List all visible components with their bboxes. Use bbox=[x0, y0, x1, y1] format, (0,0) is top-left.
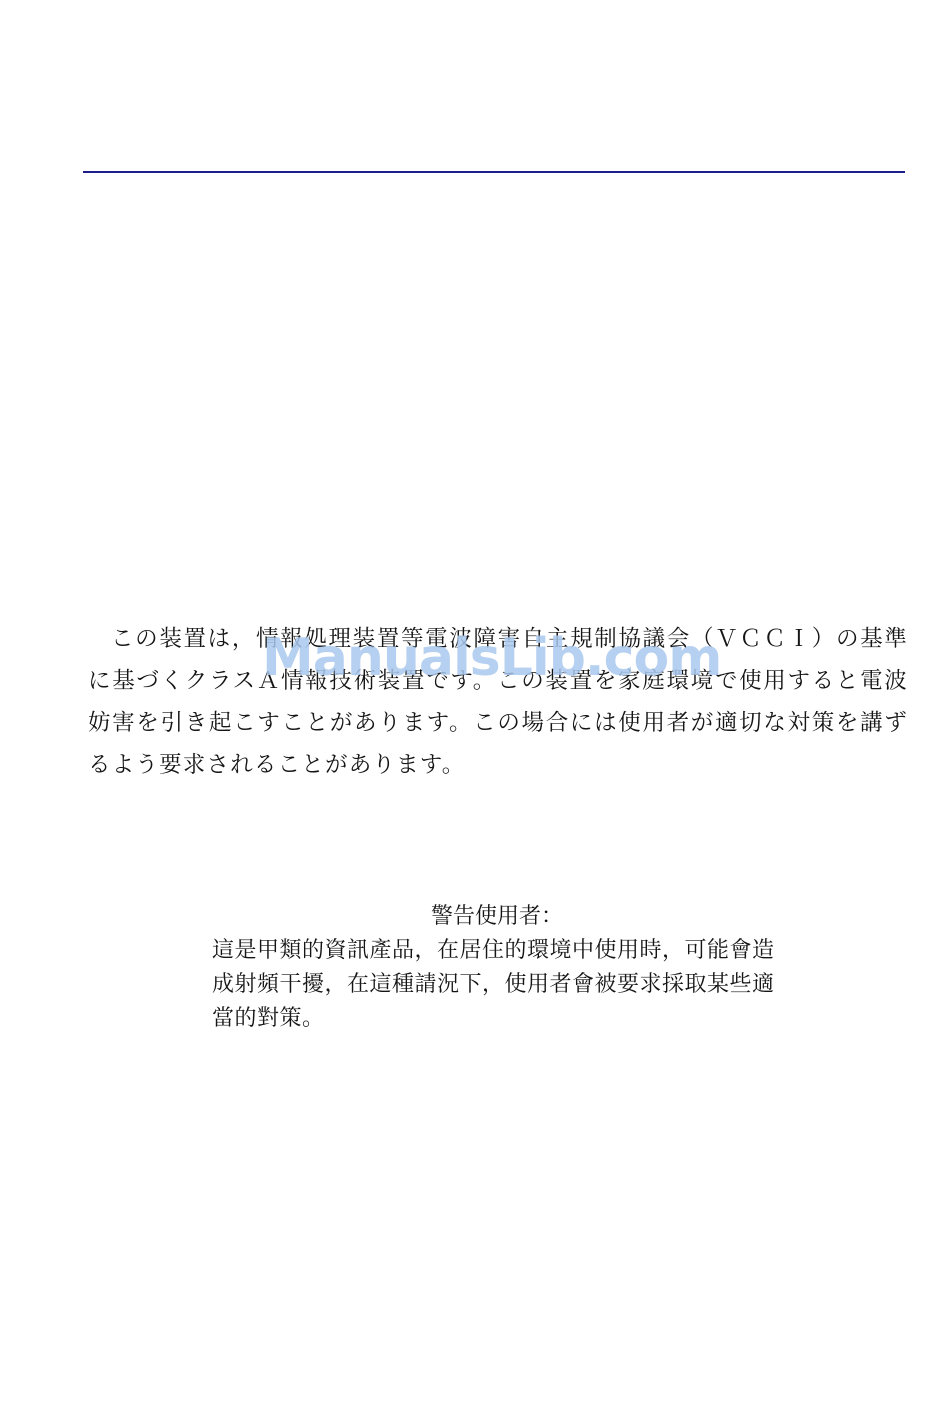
bsmi-notice: 警告使用者： 這是甲類的資訊產品，在居住的環境中使用時，可能會造成射頻干擾，在這… bbox=[212, 900, 792, 1036]
bsmi-notice-heading: 警告使用者： bbox=[207, 900, 787, 934]
bsmi-notice-text: 這是甲類的資訊產品，在居住的環境中使用時，可能會造成射頻干擾，在這種請況下，使用… bbox=[212, 934, 778, 1036]
header-rule bbox=[83, 171, 905, 173]
vcci-notice-text: この装置は，情報処理装置等電波障害自主規制協議会（ＶＣＣＩ）の基準に基づくクラス… bbox=[88, 618, 908, 786]
vcci-notice: この装置は，情報処理装置等電波障害自主規制協議会（ＶＣＣＩ）の基準に基づくクラス… bbox=[88, 618, 908, 786]
